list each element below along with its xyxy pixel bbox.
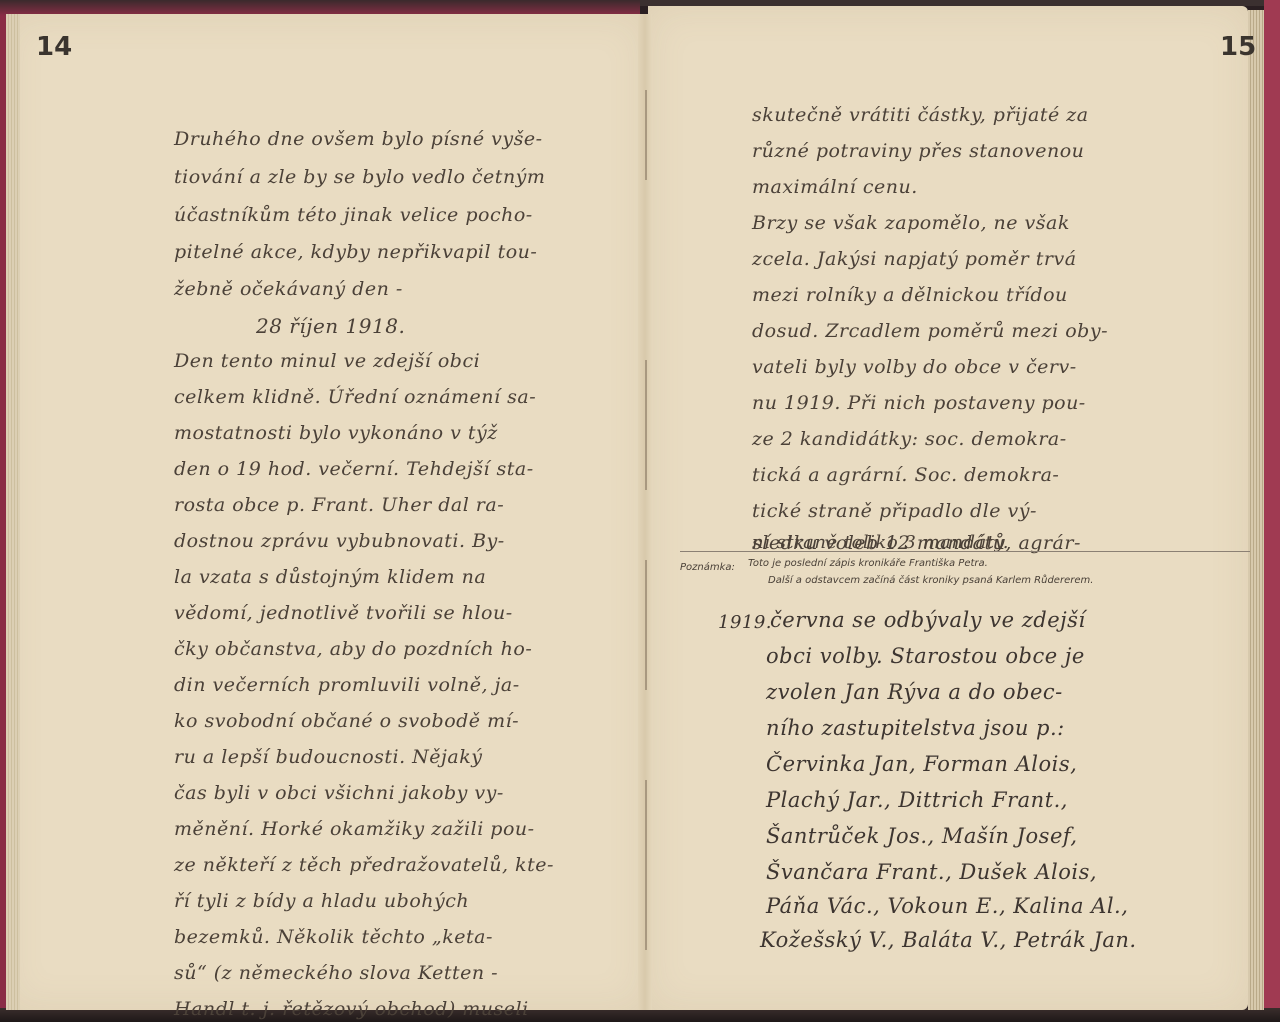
binding-stitch [645, 90, 647, 180]
text-line: ní straně toliko 3 mandáty. [752, 532, 1009, 553]
text-line: mezi rolníky a dělnickou třídou [752, 284, 1068, 306]
text-line: obci volby. Starostou obce je [766, 644, 1085, 668]
text-line: zcela. Jakýsi napjatý poměr trvá [752, 248, 1077, 270]
text-line: Den tento minul ve zdejší obci [174, 350, 480, 372]
text-line: din večerních promluvili volně, ja- [174, 674, 520, 696]
text-line: nu 1919. Při nich postaveny pou- [752, 392, 1086, 414]
text-line: ko svobodní občané o svobodě mí- [174, 710, 519, 732]
text-line: ze někteří z těch předražovatelů, kte- [174, 854, 554, 876]
text-line: Brzy se však zapomělo, ne však [752, 212, 1070, 234]
text-line: rosta obce p. Frant. Uher dal ra- [174, 494, 504, 516]
text-line: celkem klidně. Úřední oznámení sa- [174, 386, 536, 408]
text-line: Šantrůček Jos., Mašín Josef, [766, 824, 1078, 848]
binding-stitch [645, 560, 647, 690]
binding-stitch [645, 780, 647, 950]
page-number-right: 15 [1220, 32, 1256, 62]
section-divider [680, 551, 1250, 552]
text-line: maximální cenu. [752, 176, 918, 198]
text-line: vateli byly volby do obce v červ- [752, 356, 1077, 378]
binding-stitch [645, 360, 647, 490]
page-number-left: 14 [36, 32, 72, 62]
text-line: mostatnosti bylo vykonáno v týž [174, 422, 498, 444]
text-line: čas byli v obci všichni jakoby vy- [174, 782, 504, 804]
text-line: Kožešský V., Baláta V., Petrák Jan. [760, 928, 1137, 952]
text-line: dostnou zprávu vybubnovati. By- [174, 530, 505, 552]
text-line: Druhého dne ovšem bylo písné vyše- [174, 128, 543, 150]
text-line: dosud. Zrcadlem poměrů mezi oby- [752, 320, 1108, 342]
note-line: Další a odstavcem začíná část kroniky ps… [768, 575, 1093, 586]
text-line: Plachý Jar., Dittrich Frant., [766, 788, 1068, 812]
text-line: účastníkům této jinak velice pocho- [174, 204, 533, 226]
date-heading: 28 říjen 1918. [256, 314, 405, 338]
book-cover-right-edge [1264, 0, 1280, 1022]
text-line: června se odbývaly ve zdejší [770, 608, 1086, 632]
right-page-stack-edges [1248, 10, 1264, 1010]
text-line: ří tyli z bídy a hladu ubohých [174, 890, 469, 912]
entry-year: 1919. [718, 612, 772, 633]
text-line: pitelné akce, kdyby nepřikvapil tou- [174, 241, 537, 263]
text-line: sů“ (z německého slova Ketten - [174, 962, 498, 984]
text-line: Švančara Frant., Dušek Alois, [766, 860, 1097, 884]
text-line: tiování a zle by se bylo vedlo četným [174, 166, 545, 188]
left-page-stack-edges [6, 14, 20, 1010]
note-label: Poznámka: [680, 562, 735, 573]
text-line: la vzata s důstojným klidem na [174, 566, 486, 588]
text-line: skutečně vrátiti částky, přijaté za [752, 104, 1089, 126]
text-line: ního zastupitelstva jsou p.: [766, 716, 1065, 740]
text-line: různé potraviny přes stanovenou [752, 140, 1084, 162]
text-line: bezemků. Několik těchto „keta- [174, 926, 493, 948]
text-line: vědomí, jednotlivě tvořili se hlou- [174, 602, 513, 624]
text-line: ru a lepší budoucnosti. Nějaký [174, 746, 483, 768]
text-line: měnění. Horké okamžiky zažili pou- [174, 818, 535, 840]
text-line: tická a agrární. Soc. demokra- [752, 464, 1059, 486]
text-line: Červinka Jan, Forman Alois, [766, 752, 1077, 776]
text-line: ze 2 kandidátky: soc. demokra- [752, 428, 1067, 450]
text-line: čky občanstva, aby do pozdních ho- [174, 638, 532, 660]
text-line: žebně očekávaný den - [174, 278, 403, 300]
text-line: den o 19 hod. večerní. Tehdejší sta- [174, 458, 534, 480]
text-line: tické straně připadlo dle vý- [752, 500, 1037, 522]
note-line: Toto je poslední zápis kronikáře Františ… [748, 558, 988, 569]
text-line: Handl t. j. řetězový obchod) museli [174, 998, 529, 1020]
text-line: zvolen Jan Rýva a do obec- [766, 680, 1063, 704]
text-line: Páňa Vác., Vokoun E., Kalina Al., [766, 894, 1128, 918]
